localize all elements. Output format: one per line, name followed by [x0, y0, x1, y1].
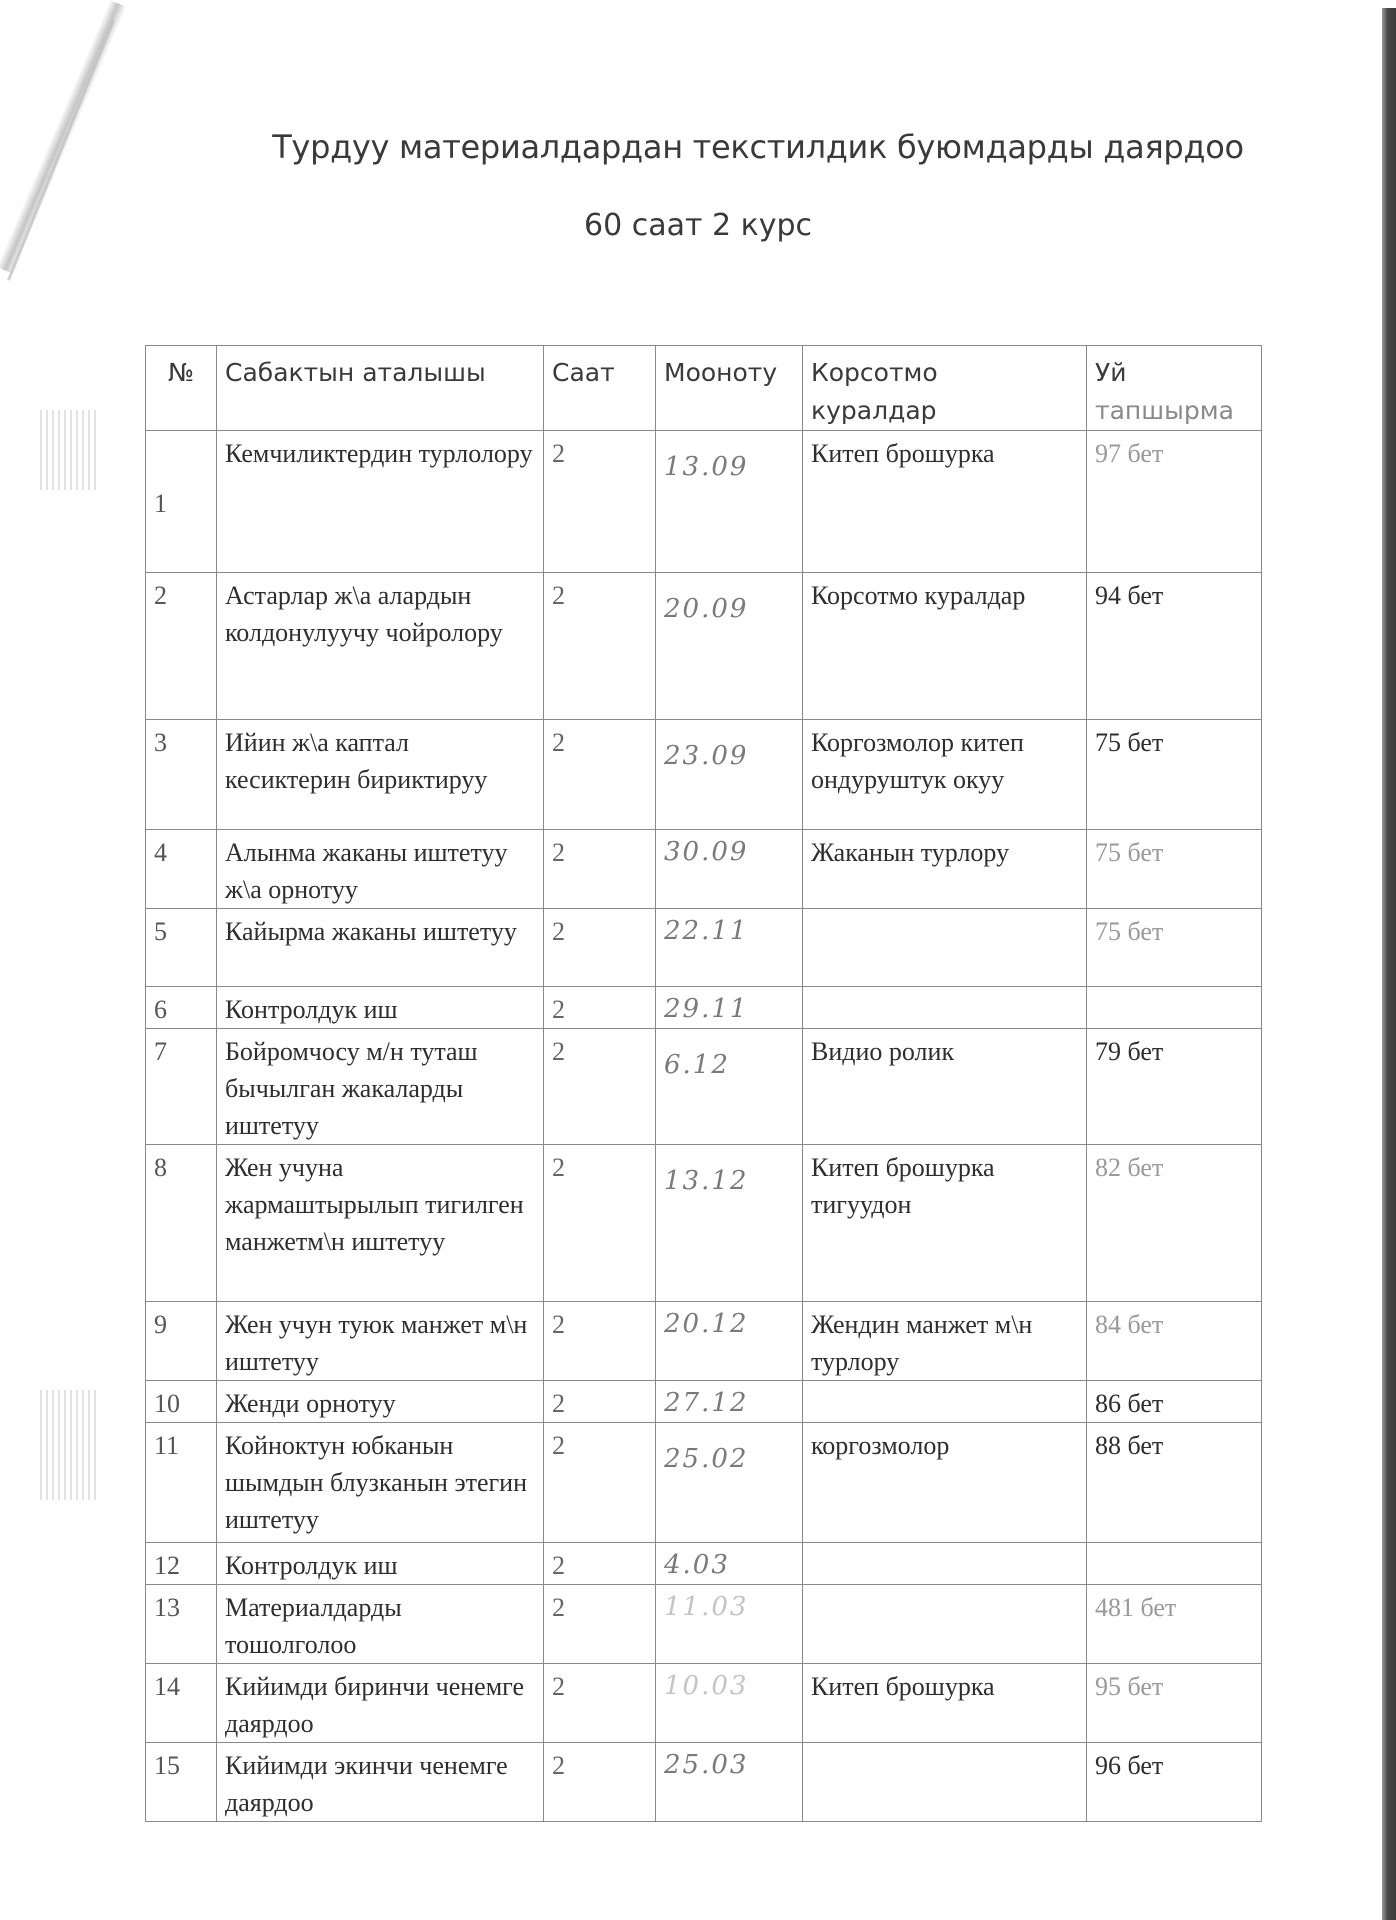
cell-visual-aids: Коргозмолор китеп ондуруштук окуу	[803, 720, 1087, 830]
cell-lesson-title: Ийин ж\а каптал кесиктерин бириктируу	[217, 720, 544, 830]
cell-hours: 2	[544, 720, 656, 830]
cell-hours: 2	[544, 1543, 656, 1585]
cell-date: 25.02	[656, 1423, 803, 1543]
cell-homework	[1087, 987, 1262, 1029]
cell-number: 8	[146, 1145, 217, 1302]
cell-visual-aids	[803, 909, 1087, 987]
cell-visual-aids	[803, 987, 1087, 1029]
cell-lesson-title: Контролдук иш	[217, 1543, 544, 1585]
cell-homework: 82 бет	[1087, 1145, 1262, 1302]
table-row: 5Кайырма жаканы иштетуу222.1175 бет	[146, 909, 1262, 987]
cell-homework: 96 бет	[1087, 1743, 1262, 1822]
cell-lesson-title: Бойромчосу м/н туташ бычылган жакаларды …	[217, 1029, 544, 1145]
cell-lesson-title: Контролдук иш	[217, 987, 544, 1029]
cell-date: 11.03	[656, 1585, 803, 1664]
cell-number: 3	[146, 720, 217, 830]
cell-date: 20.12	[656, 1302, 803, 1381]
cell-visual-aids	[803, 1743, 1087, 1822]
cell-visual-aids: Китеп брошурка тигуудон	[803, 1145, 1087, 1302]
cell-number: 5	[146, 909, 217, 987]
cell-hours: 2	[544, 1585, 656, 1664]
cell-number: 12	[146, 1543, 217, 1585]
table-row: 14Кийимди биринчи ченемге даярдоо210.03К…	[146, 1664, 1262, 1743]
cell-hours: 2	[544, 830, 656, 909]
table-header-row: № Сабактын аталышы Саат Мооноту Корсотмо…	[146, 346, 1262, 431]
cell-homework: 75 бет	[1087, 909, 1262, 987]
table-row: 7Бойромчосу м/н туташ бычылган жакаларды…	[146, 1029, 1262, 1145]
cell-lesson-title: Кийимди биринчи ченемге даярдоо	[217, 1664, 544, 1743]
cell-number: 7	[146, 1029, 217, 1145]
cell-date: 29.11	[656, 987, 803, 1029]
cell-number: 4	[146, 830, 217, 909]
cell-lesson-title: Кайырма жаканы иштетуу	[217, 909, 544, 987]
cell-number: 15	[146, 1743, 217, 1822]
cell-hours: 2	[544, 431, 656, 573]
cell-homework: 88 бет	[1087, 1423, 1262, 1543]
cell-homework: 95 бет	[1087, 1664, 1262, 1743]
cell-hours: 2	[544, 1145, 656, 1302]
table-row: 9Жен учун туюк манжет м\н иштетуу220.12Ж…	[146, 1302, 1262, 1381]
cell-date: 20.09	[656, 573, 803, 720]
cell-hours: 2	[544, 909, 656, 987]
cell-number: 10	[146, 1381, 217, 1423]
cell-visual-aids: Видио ролик	[803, 1029, 1087, 1145]
cell-date: 30.09	[656, 830, 803, 909]
cell-visual-aids: Китеп брошурка	[803, 431, 1087, 573]
cell-hours: 2	[544, 573, 656, 720]
cell-hours: 2	[544, 1302, 656, 1381]
header-visual-aids-line1: Корсотмо	[811, 354, 1078, 392]
lesson-plan-table: № Сабактын аталышы Саат Мооноту Корсотмо…	[145, 345, 1262, 1822]
document-title: Турдуу материалдардан текстилдик буюмдар…	[0, 128, 1396, 166]
header-homework-line2: тапшырма	[1095, 392, 1253, 430]
cell-lesson-title: Кемчиликтердин турлолору	[217, 431, 544, 573]
cell-lesson-title: Материалдарды тошолголоо	[217, 1585, 544, 1664]
cell-hours: 2	[544, 1423, 656, 1543]
cell-homework: 97 бет	[1087, 431, 1262, 573]
header-lesson-title: Сабактын аталышы	[217, 346, 544, 431]
table-row: 2Астарлар ж\а алардын колдонулуучу чойро…	[146, 573, 1262, 720]
cell-homework: 86 бет	[1087, 1381, 1262, 1423]
cell-number: 1	[146, 431, 217, 573]
cell-lesson-title: Койноктун юбканын шымдын блузканын этеги…	[217, 1423, 544, 1543]
cell-date: 13.12	[656, 1145, 803, 1302]
header-visual-aids-line2: куралдар	[811, 392, 1078, 430]
cell-date: 22.11	[656, 909, 803, 987]
cell-lesson-title: Кийимди экинчи ченемге даярдоо	[217, 1743, 544, 1822]
cell-number: 13	[146, 1585, 217, 1664]
cell-hours: 2	[544, 1029, 656, 1145]
cell-lesson-title: Астарлар ж\а алардын колдонулуучу чойрол…	[217, 573, 544, 720]
header-homework-line1: Уй	[1095, 354, 1253, 392]
cell-date: 27.12	[656, 1381, 803, 1423]
cell-hours: 2	[544, 1743, 656, 1822]
header-homework: Уй тапшырма	[1087, 346, 1262, 431]
cell-visual-aids	[803, 1585, 1087, 1664]
table-row: 12Контролдук иш24.03	[146, 1543, 1262, 1585]
cell-homework: 75 бет	[1087, 830, 1262, 909]
cell-date: 25.03	[656, 1743, 803, 1822]
cell-visual-aids	[803, 1381, 1087, 1423]
cell-lesson-title: Жен учуна жармаштырылып тигилген манжетм…	[217, 1145, 544, 1302]
cell-lesson-title: Женди орнотуу	[217, 1381, 544, 1423]
cell-homework: 84 бет	[1087, 1302, 1262, 1381]
cell-number: 14	[146, 1664, 217, 1743]
cell-hours: 2	[544, 1664, 656, 1743]
table-row: 3Ийин ж\а каптал кесиктерин бириктируу22…	[146, 720, 1262, 830]
table-row: 15Кийимди экинчи ченемге даярдоо225.0396…	[146, 1743, 1262, 1822]
document-subtitle: 60 саат 2 курс	[0, 208, 1396, 243]
cell-visual-aids: Жендин манжет м\н турлору	[803, 1302, 1087, 1381]
cell-homework: 75 бет	[1087, 720, 1262, 830]
cell-homework: 79 бет	[1087, 1029, 1262, 1145]
header-visual-aids: Корсотмо куралдар	[803, 346, 1087, 431]
table-row: 10Женди орнотуу227.1286 бет	[146, 1381, 1262, 1423]
header-hours: Саат	[544, 346, 656, 431]
table-row: 6Контролдук иш229.11	[146, 987, 1262, 1029]
cell-date: 23.09	[656, 720, 803, 830]
cell-visual-aids: Жаканын турлору	[803, 830, 1087, 909]
table-row: 8Жен учуна жармаштырылып тигилген манжет…	[146, 1145, 1262, 1302]
table-row: 4Алынма жаканы иштетуу ж\а орнотуу230.09…	[146, 830, 1262, 909]
cell-number: 11	[146, 1423, 217, 1543]
cell-lesson-title: Жен учун туюк манжет м\н иштетуу	[217, 1302, 544, 1381]
cell-homework: 481 бет	[1087, 1585, 1262, 1664]
cell-date: 6.12	[656, 1029, 803, 1145]
table-row: 13Материалдарды тошолголоо211.03481 бет	[146, 1585, 1262, 1664]
cell-hours: 2	[544, 1381, 656, 1423]
scan-noise	[40, 410, 100, 490]
cell-date: 4.03	[656, 1543, 803, 1585]
cell-date: 13.09	[656, 431, 803, 573]
table-row: 1Кемчиликтердин турлолору213.09Китеп бро…	[146, 431, 1262, 573]
scan-noise	[40, 1390, 100, 1500]
scan-edge-shadow	[1382, 8, 1396, 1920]
cell-visual-aids: Корсотмо куралдар	[803, 573, 1087, 720]
cell-hours: 2	[544, 987, 656, 1029]
cell-date: 10.03	[656, 1664, 803, 1743]
cell-number: 9	[146, 1302, 217, 1381]
cell-homework: 94 бет	[1087, 573, 1262, 720]
cell-number: 2	[146, 573, 217, 720]
table-row: 11Койноктун юбканын шымдын блузканын эте…	[146, 1423, 1262, 1543]
cell-number: 6	[146, 987, 217, 1029]
cell-visual-aids: Китеп брошурка	[803, 1664, 1087, 1743]
cell-homework	[1087, 1543, 1262, 1585]
cell-visual-aids	[803, 1543, 1087, 1585]
header-number: №	[146, 346, 217, 431]
cell-visual-aids: коргозмолор	[803, 1423, 1087, 1543]
header-date: Мооноту	[656, 346, 803, 431]
cell-lesson-title: Алынма жаканы иштетуу ж\а орнотуу	[217, 830, 544, 909]
